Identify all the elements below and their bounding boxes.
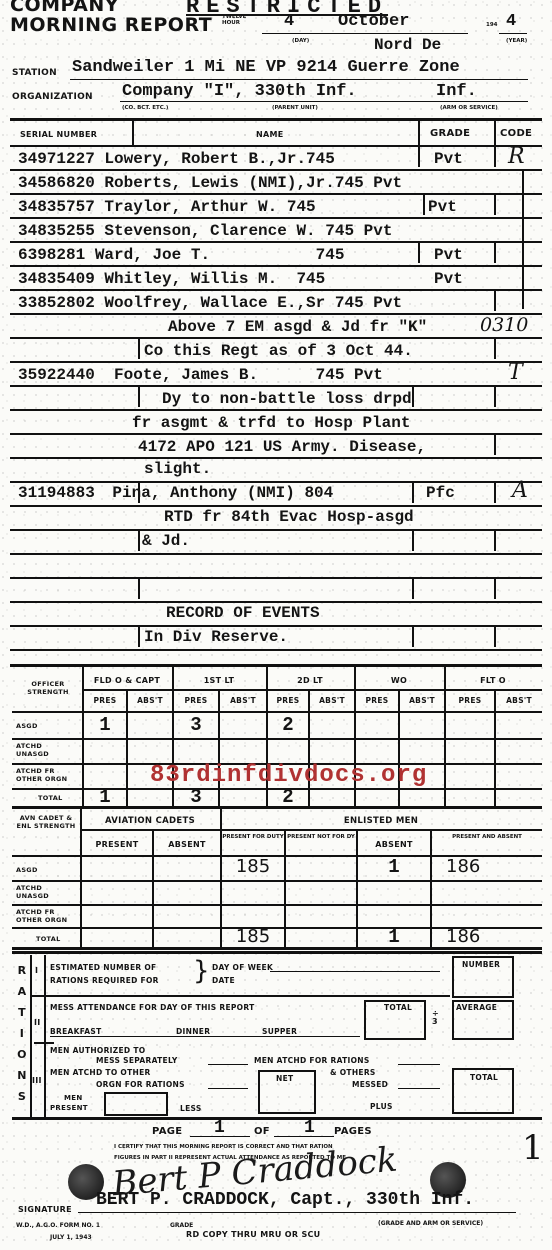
total-label-2: TOTAL <box>470 1073 498 1082</box>
day-of-week-label: DAY OF WEEK <box>212 963 273 972</box>
roster-row: 34586820 Roberts, Lewis (NMI),Jr.745 Pvt <box>18 174 402 192</box>
group-header-cadets: AVIATION CADETS <box>80 816 220 826</box>
rations-divider <box>30 955 32 1117</box>
side-letter: R <box>16 960 28 981</box>
page-label: PAGE <box>152 1126 182 1137</box>
col-tick <box>423 195 425 215</box>
mess-line <box>50 1036 360 1037</box>
remark-text: slight. <box>144 460 211 478</box>
row-label-total: TOTAL <box>36 935 61 943</box>
row-rule <box>10 265 542 267</box>
serial-number: 34835409 <box>18 270 95 288</box>
serial-number: 34835757 <box>18 198 95 216</box>
serial-number: 33852802 <box>18 294 95 312</box>
soldier-name: Roberts, Lewis (NMI),Jr.745 Pvt <box>104 174 402 192</box>
fill-line <box>398 1064 440 1065</box>
row-rule <box>10 193 542 195</box>
subcol-header: PRES <box>446 696 494 705</box>
subheader-rule <box>12 711 542 713</box>
roster-row: 33852802 Woolfrey, Wallace E.,Sr 745 Pvt <box>18 294 402 312</box>
watermark: 83rdinfdivdocs.org <box>150 762 427 789</box>
grade-value: Pfc <box>426 484 455 502</box>
record-of-events-title: RECORD OF EVENTS <box>166 604 320 622</box>
men-atchd-other-line2: ORGN FOR RATIONS <box>96 1080 185 1089</box>
2d-lt-pres-total: 2 <box>268 786 308 808</box>
remark-text: 4172 APO 121 US Army. Disease, <box>138 438 426 456</box>
org-sublabel-arm: (ARM OR SERVICE) <box>440 105 498 111</box>
rations-side-label: R A T I O N S <box>16 960 28 1107</box>
grade-value: Pvt <box>434 246 463 264</box>
col-tick <box>494 195 496 215</box>
row-rule <box>10 649 542 651</box>
number-label: NUMBER <box>462 960 500 969</box>
roster-row: 34835409 Whitley, Willis M. 745 <box>18 270 325 288</box>
date-year: 4 <box>506 12 516 31</box>
remark-text: fr asgmt & trfd to Hosp Plant <box>132 414 410 432</box>
subcol-header: PRES <box>174 696 218 705</box>
group-header: WO <box>354 676 444 685</box>
station-value: Sandweiler 1 Mi NE VP 9214 Guerre Zone <box>72 58 460 77</box>
date-day: 4 <box>284 12 294 31</box>
col-header-serial: SERIAL NUMBER <box>20 130 97 139</box>
roster-row: 34971227 Lowery, Robert B.,Jr.745 <box>18 150 335 168</box>
subcol-divider <box>284 830 286 947</box>
subcol-header: ABS'T <box>220 696 266 705</box>
col-tick <box>494 243 496 263</box>
absent-total: 1 <box>358 926 430 948</box>
col-tick <box>418 147 420 167</box>
men-present-line1: MEN <box>64 1094 83 1102</box>
row-rule <box>10 505 542 507</box>
men-present-box <box>104 1092 168 1116</box>
year-label: (YEAR) <box>506 38 527 44</box>
row-rule <box>12 880 542 882</box>
branch-label: (GRADE AND ARM OR SERVICE) <box>378 1220 483 1227</box>
copy-note: RD COPY THRU MRU OR SCU <box>186 1230 320 1239</box>
row-rule <box>10 625 542 627</box>
col-tick <box>418 243 420 263</box>
soldier-name: Whitley, Willis M. 745 <box>104 270 325 288</box>
margin-mark: 1 <box>522 1128 544 1168</box>
station-extra: Nord De <box>374 36 441 54</box>
men-atchd-for-rations: MEN ATCHD FOR RATIONS <box>254 1056 370 1065</box>
signatory-name: BERT P. CRADDOCK, Capt., 330th Inf. <box>96 1190 474 1210</box>
subcol-header: PRESENT NOT FOR DY <box>286 834 356 841</box>
col-tick <box>494 435 496 455</box>
row-rule <box>10 529 542 531</box>
rations-divider <box>44 955 46 1117</box>
col-tick <box>494 387 496 407</box>
1st-lt-pres-total: 3 <box>174 786 218 808</box>
organization-label: ORGANIZATION <box>12 92 93 102</box>
men-auth-line1: MEN AUTHORIZED TO <box>50 1046 145 1055</box>
signature-label: SIGNATURE <box>18 1205 72 1214</box>
group-header: FLD O & CAPT <box>82 676 172 685</box>
col-tick <box>494 483 496 503</box>
organization-value: Company "I", 330th Inf. <box>122 82 357 101</box>
2d-lt-pres-asgd: 2 <box>268 714 308 736</box>
row-rule <box>10 289 542 291</box>
net-label: NET <box>276 1074 293 1083</box>
side-letter: N <box>16 1065 28 1086</box>
col-tick <box>138 387 140 407</box>
group-rule <box>80 829 542 831</box>
present-and-absent-total: 186 <box>446 926 480 947</box>
men-atchd-other-line1: MEN ATCHD TO OTHER <box>50 1068 151 1077</box>
date-month: October <box>338 12 409 31</box>
subcol-header: ABSENT <box>154 840 220 849</box>
mess-attendance-label: MESS ATTENDANCE FOR DAY OF THIS REPORT <box>50 1003 255 1012</box>
col-tick <box>494 291 496 311</box>
row-rule <box>12 738 542 740</box>
col-header-code: CODE <box>500 128 532 139</box>
subcol-header: ABS'T <box>496 696 542 705</box>
group-header-enlisted: ENLISTED MEN <box>220 816 542 826</box>
dinner-label: DINNER <box>176 1027 210 1036</box>
row-label-atchd-other: ATCHD FR OTHER ORGN <box>16 908 78 924</box>
station-label: STATION <box>12 68 57 78</box>
col-divider <box>418 121 420 145</box>
day-of-week-line <box>270 971 440 972</box>
breakfast-label: BREAKFAST <box>50 1027 102 1036</box>
remark-text: Above 7 EM asgd & Jd fr "K" <box>168 318 427 336</box>
estimated-line2: RATIONS REQUIRED FOR <box>50 976 159 985</box>
row-rule <box>30 995 450 997</box>
section-i: I <box>35 966 38 975</box>
row-rule <box>10 577 542 579</box>
row-rule <box>10 241 542 243</box>
row-rule <box>10 409 542 411</box>
fld-capt-pres-asgd: 1 <box>84 714 126 736</box>
col-divider <box>444 667 446 807</box>
year-prefix: 194 <box>486 22 497 28</box>
col-tick <box>412 627 414 647</box>
row-rule <box>10 337 542 339</box>
subcol-header: PRESENT <box>82 840 152 849</box>
grade-value: Pvt <box>428 198 457 216</box>
code-value: A <box>512 478 528 503</box>
present-and-absent-asgd: 186 <box>446 856 480 877</box>
code-value: R <box>508 144 525 169</box>
col-tick <box>494 147 496 167</box>
page-total: 1 <box>304 1118 315 1138</box>
form-number: W.D., A.G.O. FORM NO. 1 <box>16 1222 100 1229</box>
subcol-header: PRESENT AND ABSENT <box>432 834 542 841</box>
present-for-duty-total: 185 <box>222 926 284 947</box>
row-label-atchd-unasgd: ATCHD UNASGD <box>16 742 76 758</box>
present-for-duty-asgd: 185 <box>222 856 284 877</box>
subcol-header: ABS'T <box>128 696 172 705</box>
group-header: 2D LT <box>266 676 354 685</box>
date-prefix-label: TWELVE HOUR <box>222 14 254 26</box>
soldier-name: Pina, Anthony (NMI) 804 <box>112 484 333 502</box>
pages-label: PAGES <box>334 1126 372 1137</box>
of-label: OF <box>254 1126 270 1137</box>
side-letter: T <box>16 1002 28 1023</box>
fill-line <box>398 1088 440 1089</box>
subcol-divider <box>430 830 432 947</box>
section-rule <box>10 664 542 667</box>
roster-row: 35922440 Foote, James B. 745 Pvt <box>18 366 383 384</box>
serial-number: 31194883 <box>18 484 95 502</box>
row-rule <box>10 481 542 483</box>
soldier-name: Ward, Joe T. 745 <box>95 246 345 264</box>
col-header-name: NAME <box>256 130 284 139</box>
section-ii: II <box>34 1018 41 1027</box>
col-tick <box>494 531 496 551</box>
record-of-events-text: In Div Reserve. <box>144 628 288 646</box>
supper-label: SUPPER <box>262 1027 297 1036</box>
day-label: (DAY) <box>292 38 309 44</box>
col-tick <box>138 627 140 647</box>
absent-asgd: 1 <box>358 856 430 878</box>
fill-line <box>208 1088 248 1089</box>
divide-by-three: ÷ 3 <box>432 1010 442 1026</box>
row-label-atchd-unasgd: ATCHD UNASGD <box>16 884 76 900</box>
subcol-header: PRES <box>84 696 126 705</box>
subcol-header: PRES <box>356 696 398 705</box>
col-tick <box>138 579 140 599</box>
side-letter: S <box>16 1086 28 1107</box>
row-rule <box>10 313 542 315</box>
row-label-total: TOTAL <box>38 794 63 802</box>
soldier-name: Lowery, Robert B.,Jr.745 <box>104 150 334 168</box>
rations-bottom-rule <box>12 1117 542 1120</box>
subcol-header: ABSENT <box>358 840 430 849</box>
grade-label: GRADE <box>170 1222 193 1229</box>
morning-report-page: COMPANY RESTRICTED MORNING REPORT TWELVE… <box>0 0 552 1250</box>
col-tick <box>412 579 414 599</box>
remark-text: RTD fr 84th Evac Hosp-asgd <box>164 508 414 526</box>
roster-row: 31194883 Pina, Anthony (NMI) 804 <box>18 484 333 502</box>
side-letter: A <box>16 981 28 1002</box>
soldier-name: Woolfrey, Wallace E.,Sr 745 Pvt <box>104 294 402 312</box>
grade-value: Pvt <box>434 270 463 288</box>
remark-text: & Jd. <box>142 532 190 550</box>
subcol-header: ABS'T <box>310 696 354 705</box>
remark-text: Dy to non-battle loss drpd <box>162 390 412 408</box>
col-tick <box>494 339 496 359</box>
row-rule <box>10 601 542 603</box>
less-label: LESS <box>180 1104 202 1113</box>
serial-number: 35922440 <box>18 366 95 384</box>
roster-row: 34835255 Stevenson, Clarence W. 745 Pvt <box>18 222 392 240</box>
date-label: DATE <box>212 976 235 985</box>
side-letter: O <box>16 1044 28 1065</box>
header-rule <box>10 145 542 147</box>
fill-line <box>208 1064 248 1065</box>
group-header: FLT O <box>444 676 542 685</box>
remark-text: Co this Regt as of 3 Oct 44. <box>144 342 413 360</box>
others-line2: MESSED <box>352 1080 388 1089</box>
soldier-name: Stevenson, Clarence W. 745 Pvt <box>104 222 392 240</box>
enlisted-strength-label: AVN CADET & ENL STRENGTH <box>14 814 78 830</box>
row-rule <box>10 217 542 219</box>
grade-value: Pvt <box>434 150 463 168</box>
col-tick <box>494 627 496 647</box>
row-rule <box>10 169 542 171</box>
form-title-morning-report: MORNING REPORT <box>10 14 212 36</box>
serial-number: 34586820 <box>18 174 95 192</box>
rations-top-rule <box>12 951 542 954</box>
roster-row: 6398281 Ward, Joe T. 745 <box>18 246 344 264</box>
soldier-name: Foote, James B. 745 Pvt <box>114 366 383 384</box>
row-label-atchd-other: ATCHD FR OTHER ORGN <box>16 767 82 783</box>
table-top-rule <box>10 118 542 121</box>
section-iii: III <box>32 1076 42 1085</box>
row-label-asgd: ASGD <box>16 722 38 730</box>
row-rule <box>10 433 542 435</box>
brace-icon: } <box>193 956 210 986</box>
men-auth-line2: MESS SEPARATELY <box>96 1056 178 1065</box>
serial-number: 34835255 <box>18 222 95 240</box>
estimated-line1: ESTIMATED NUMBER OF <box>50 963 156 972</box>
bracket-line <box>522 169 524 309</box>
section-rule <box>12 947 542 950</box>
signature-line <box>78 1212 516 1213</box>
form-date: JULY 1, 1943 <box>50 1234 92 1241</box>
officer-strength-label: OFFICER STRENGTH <box>16 680 80 696</box>
serial-number: 6398281 <box>18 246 85 264</box>
serial-number: 34971227 <box>18 150 95 168</box>
group-header: 1ST LT <box>172 676 266 685</box>
row-label-asgd: ASGD <box>16 866 38 874</box>
org-sublabel-company: (CO. BCT. ETC.) <box>122 105 168 111</box>
row-rule <box>34 1042 54 1044</box>
average-label: AVERAGE <box>456 1003 497 1012</box>
row-rule <box>10 457 542 459</box>
row-rule <box>10 553 542 555</box>
plus-label: PLUS <box>370 1102 393 1111</box>
code-value: T <box>508 360 523 385</box>
col-tick <box>412 531 414 551</box>
col-header-grade: GRADE <box>430 128 470 139</box>
total-label: TOTAL <box>384 1003 412 1012</box>
fld-capt-pres-total: 1 <box>84 786 126 808</box>
subcol-header: ABS'T <box>400 696 444 705</box>
soldier-name: Traylor, Arthur W. 745 <box>104 198 315 216</box>
col-tick <box>138 531 140 551</box>
1st-lt-pres-asgd: 3 <box>174 714 218 736</box>
others-line1: & OTHERS <box>330 1068 376 1077</box>
subcol-header: PRES <box>268 696 308 705</box>
row-rule <box>12 904 542 906</box>
row-rule <box>10 361 542 363</box>
col-tick <box>412 483 414 503</box>
page-number: 1 <box>214 1118 225 1138</box>
roster-row: 34835757 Traylor, Arthur W. 745 <box>18 198 316 216</box>
men-present-line2: PRESENT <box>50 1104 88 1112</box>
subcol-header: PRESENT FOR DUTY <box>222 834 284 841</box>
col-tick <box>138 339 140 359</box>
side-letter: I <box>16 1023 28 1044</box>
arm-of-service-value: Inf. <box>436 82 477 101</box>
remark-code: 0310 <box>480 314 528 336</box>
group-rule <box>82 689 542 691</box>
row-rule <box>10 385 542 387</box>
org-sublabel-parent: (PARENT UNIT) <box>272 105 318 111</box>
col-tick <box>494 579 496 599</box>
col-divider <box>494 121 496 145</box>
col-tick <box>412 387 414 407</box>
col-divider <box>132 121 134 145</box>
